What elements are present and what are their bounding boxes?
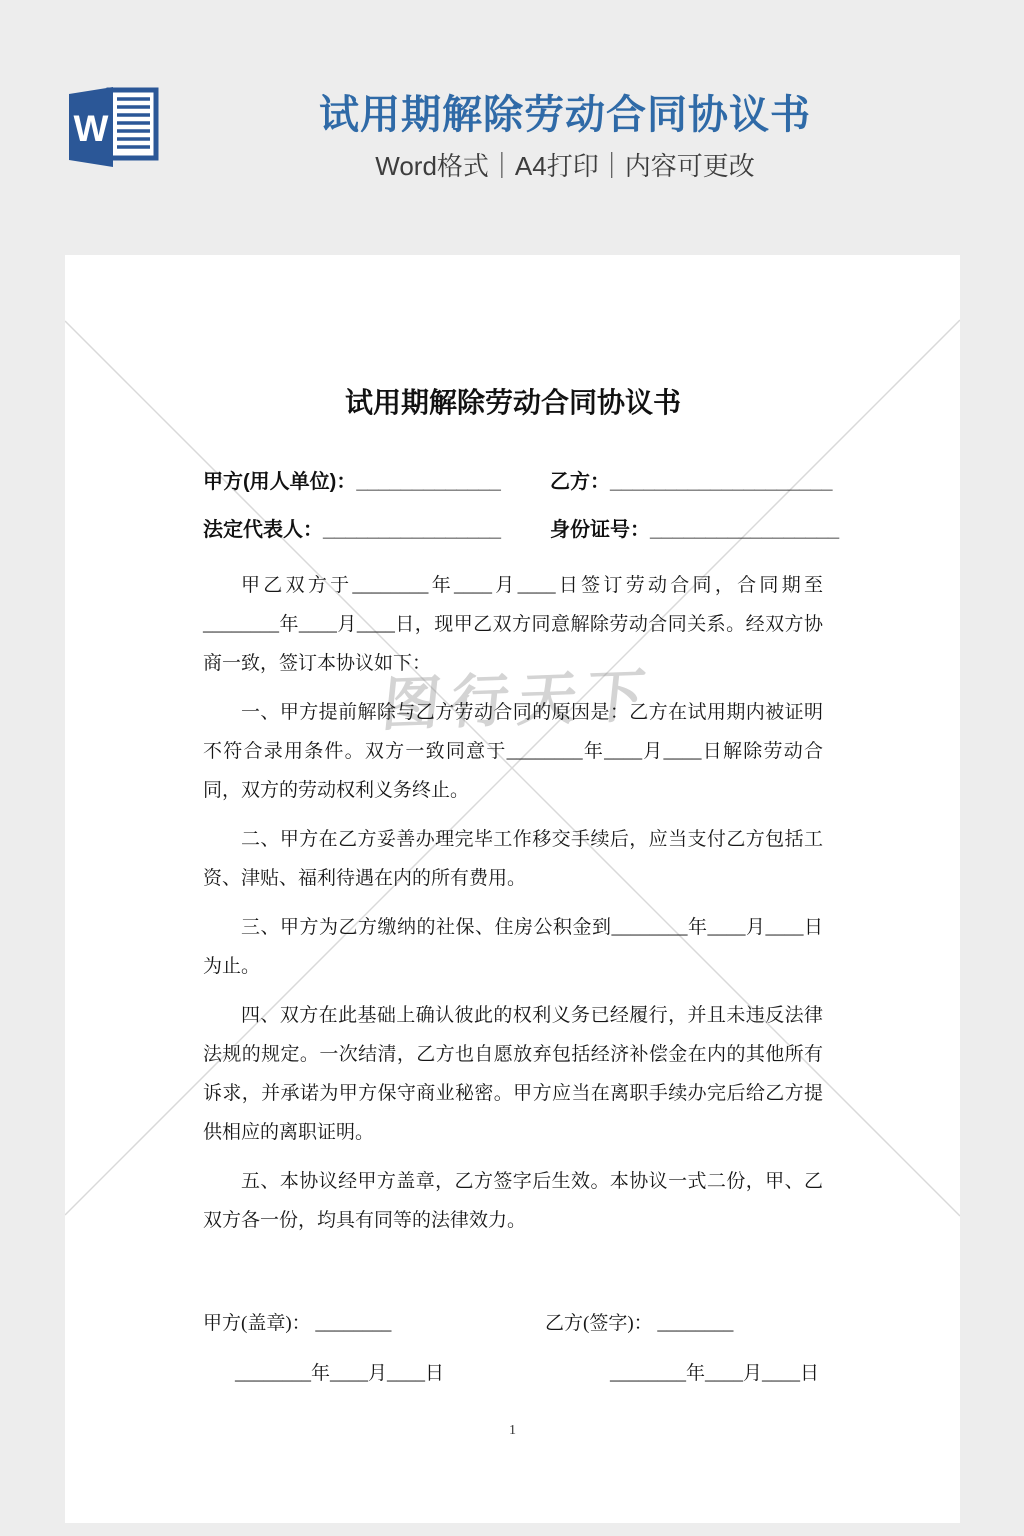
document-body: 甲乙双方于________年____月____日签订劳动合同，合同期至_____… <box>203 566 823 1240</box>
sig-party-b-blank: ________ <box>653 1313 734 1334</box>
paragraph-clause-1: 一、甲方提前解除与乙方劳动合同的原因是：乙方在试用期内被证明不符合录用条件。双方… <box>203 693 823 810</box>
party-b-label: 乙方： <box>550 471 610 493</box>
sig-party-b-label: 乙方(签字)： <box>545 1313 653 1334</box>
date-party-a: ________年____月____日 <box>203 1354 444 1393</box>
party-b-blank: ____________________ <box>610 471 832 493</box>
party-b-field: 乙方：____________________ <box>550 458 832 506</box>
document-content: 试用期解除劳动合同协议书 甲方(用人单位)：_____________ 乙方：_… <box>65 255 960 1393</box>
party-a-blank: _____________ <box>356 471 501 493</box>
party-row-1: 甲方(用人单位)：_____________ 乙方：______________… <box>203 458 823 506</box>
date-party-b: ________年____月____日 <box>610 1354 819 1393</box>
sig-party-a-label: 甲方(盖章)： <box>203 1313 311 1334</box>
word-icon: W <box>63 84 163 172</box>
signature-block: 甲方(盖章)： ________ 乙方(签字)： ________ ______… <box>203 1304 823 1393</box>
header-banner: W 试用期解除劳动合同协议书 Word格式｜A4打印｜内容可更改 <box>0 0 1024 255</box>
signature-date-row: ________年____月____日 ________年____月____日 <box>203 1354 823 1393</box>
id-number-field: 身份证号：_________________ <box>550 506 839 554</box>
party-fields: 甲方(用人单位)：_____________ 乙方：______________… <box>203 458 823 554</box>
header-text-block: 试用期解除劳动合同协议书 Word格式｜A4打印｜内容可更改 <box>160 92 970 181</box>
party-row-2: 法定代表人：________________ 身份证号：____________… <box>203 506 823 554</box>
signature-row: 甲方(盖章)： ________ 乙方(签字)： ________ <box>203 1304 823 1343</box>
paragraph-clause-2: 二、甲方在乙方妥善办理完毕工作移交手续后，应当支付乙方包括工资、津贴、福利待遇在… <box>203 820 823 898</box>
legal-rep-label: 法定代表人： <box>203 519 323 541</box>
sig-party-b: 乙方(签字)： ________ <box>545 1304 733 1343</box>
word-icon-page-lines <box>117 99 150 147</box>
sig-party-a-blank: ________ <box>311 1313 392 1334</box>
paragraph-clause-3: 三、甲方为乙方缴纳的社保、住房公积金到________年____月____日为止… <box>203 908 823 986</box>
paragraph-clause-5: 五、本协议经甲方盖章，乙方签字后生效。本协议一式二份，甲、乙双方各一份，均具有同… <box>203 1162 823 1240</box>
document-title: 试用期解除劳动合同协议书 <box>203 255 823 420</box>
paragraph-intro: 甲乙双方于________年____月____日签订劳动合同，合同期至_____… <box>203 566 823 683</box>
party-a-label: 甲方(用人单位)： <box>203 471 356 493</box>
word-icon-letter: W <box>74 108 109 149</box>
id-number-label: 身份证号： <box>550 519 650 541</box>
template-subtitle: Word格式｜A4打印｜内容可更改 <box>160 151 970 181</box>
id-number-blank: _________________ <box>650 519 839 541</box>
document-page: 图行天下 试用期解除劳动合同协议书 甲方(用人单位)：_____________… <box>65 255 960 1523</box>
paragraph-clause-4: 四、双方在此基础上确认彼此的权利义务已经履行，并且未违反法律法规的规定。一次结清… <box>203 996 823 1152</box>
legal-rep-blank: ________________ <box>323 519 501 541</box>
page-number: 1 <box>65 1423 960 1439</box>
template-title: 试用期解除劳动合同协议书 <box>160 92 970 138</box>
